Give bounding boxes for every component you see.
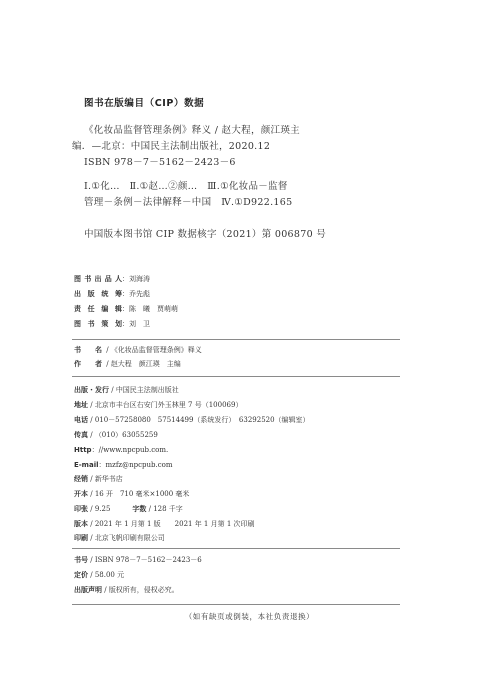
fax-row: 传真 / （010）63055259 <box>74 430 158 440</box>
printer-row: 印刷 / 北京飞帆印刷有限公司 <box>74 533 165 543</box>
isbn-row: 书号 / ISBN 978－7－5162－2423－6 <box>74 555 202 565</box>
staff-value: 刘海涛 <box>129 275 150 283</box>
edition-label: 版本 <box>74 520 88 528</box>
edition-row: 版本 / 2021 年 1 月第 1 版 2021 年 1 月第 1 次印刷 <box>74 519 255 529</box>
cip-classification-line-2: 管理－条例－法律解释－中国 Ⅳ.①D922.165 <box>84 194 292 208</box>
divider-4 <box>72 604 400 605</box>
divider-3 <box>72 548 400 549</box>
sheets-words-row: 印张 / 9.25字数 / 128 千字 <box>74 504 183 514</box>
email-row: E-mail：mzfz@npcpub.com <box>74 460 173 470</box>
address-row: 地址 / 北京市丰台区右安门外玉林里 7 号（100069） <box>74 400 242 410</box>
price-row: 定价 / 58.00 元 <box>74 570 124 580</box>
isbn-label: 书号 <box>74 556 88 564</box>
staff-row-editor: 责任编辑：陈 曦 贾萌萌 <box>74 304 178 314</box>
words-label: 字数 <box>132 505 146 513</box>
price-label: 定价 <box>74 571 88 579</box>
cip-isbn-line: ISBN 978－7－5162－2423－6 <box>84 154 236 168</box>
format-row: 开本 / 16 开 710 毫米×1000 毫米 <box>74 489 189 499</box>
distributor-row: 经销 / 新华书店 <box>74 474 123 484</box>
words-value: 128 千字 <box>153 505 183 513</box>
address-label: 地址 <box>74 401 88 409</box>
staff-row-publisher-person: 图书出品人：刘海涛 <box>74 274 150 284</box>
book-author-label: 作 者 <box>74 359 104 369</box>
publisher-label: 出版・发行 <box>74 386 109 394</box>
publisher-value: 中国民主法制出版社 <box>116 386 179 394</box>
price-value: 58.00 元 <box>95 571 124 579</box>
cip-entry-line-2: 编．—北京：中国民主法制出版社，2020.12 <box>72 138 270 152</box>
cip-entry-line-1: 《化妆品监督管理条例》释义 / 赵大程，颜江瑛主 <box>84 122 300 136</box>
http-label: Http <box>74 446 92 454</box>
cip-title: 图书在版编目（CIP）数据 <box>84 95 204 109</box>
fax-label: 传真 <box>74 431 88 439</box>
copyright-row: 出版声明 / 版权所有，侵权必究。 <box>74 585 179 595</box>
cip-classification-line-1: Ⅰ.①化… Ⅱ.①赵…②颜… Ⅲ.①化妆品－监督 <box>84 178 288 192</box>
book-title-value: 《化妆品监督管理条例》释义 <box>111 346 202 354</box>
isbn-value: ISBN 978－7－5162－2423－6 <box>95 556 202 564</box>
phone-value: 010－57258080 57514499（系统发行） 63292520（编辑室… <box>95 416 310 424</box>
staff-label: 图书出品人 <box>74 274 122 284</box>
printer-value: 北京飞帆印刷有限公司 <box>95 534 165 542</box>
staff-value: 刘 卫 <box>129 320 150 328</box>
http-link[interactable]: //www.npcpub.com. <box>99 446 169 454</box>
divider-2 <box>72 376 400 377</box>
staff-label: 图书策划 <box>74 319 122 329</box>
sheets-label: 印张 <box>74 505 88 513</box>
book-title-label: 书 名 <box>74 345 104 355</box>
edition-value: 2021 年 1 月第 1 版 2021 年 1 月第 1 次印刷 <box>95 520 255 528</box>
staff-row-planner: 图书策划：刘 卫 <box>74 319 150 329</box>
book-title-row: 书 名 / 《化妆品监督管理条例》释义 <box>74 345 202 355</box>
email-link[interactable]: mzfz@npcpub.com <box>106 461 173 469</box>
staff-label: 责任编辑 <box>74 304 122 314</box>
staff-value: 乔先彪 <box>129 290 150 298</box>
copyright-value: 版权所有，侵权必究。 <box>109 586 179 594</box>
phone-label: 电话 <box>74 416 88 424</box>
format-label: 开本 <box>74 490 88 498</box>
format-value: 16 开 710 毫米×1000 毫米 <box>95 490 190 498</box>
sheets-value: 9.25 <box>95 505 111 513</box>
printer-label: 印刷 <box>74 534 88 542</box>
distributor-label: 经销 <box>74 475 88 483</box>
replacement-notice: （如有缺页或倒装，本社负责退换） <box>0 611 499 622</box>
http-row: Http：//www.npcpub.com. <box>74 445 168 455</box>
divider-1 <box>72 339 400 340</box>
address-value: 北京市丰台区右安门外玉林里 7 号（100069） <box>95 401 243 409</box>
email-label: E-mail <box>74 461 99 469</box>
copyright-label: 出版声明 <box>74 586 102 594</box>
publisher-row: 出版・发行 / 中国民主法制出版社 <box>74 385 179 395</box>
fax-value: （010）63055259 <box>95 431 158 439</box>
book-author-row: 作 者 / 赵大程 颜江瑛 主编 <box>74 359 181 369</box>
phone-row: 电话 / 010－57258080 57514499（系统发行） 6329252… <box>74 415 310 425</box>
staff-row-coordinator: 出版统筹：乔先彪 <box>74 289 150 299</box>
book-author-value: 赵大程 颜江瑛 主编 <box>111 360 181 368</box>
distributor-value: 新华书店 <box>95 475 123 483</box>
cip-data-number: 中国版本图书馆 CIP 数据核字（2021）第 006870 号 <box>84 226 326 240</box>
staff-value: 陈 曦 贾萌萌 <box>129 305 178 313</box>
staff-label: 出版统筹 <box>74 289 122 299</box>
